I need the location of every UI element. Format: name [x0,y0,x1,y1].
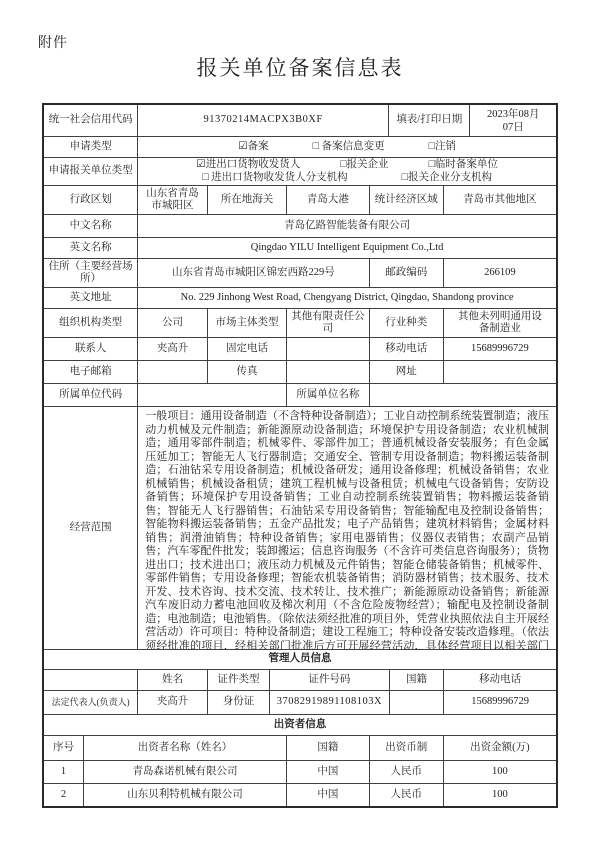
checkbox-option: □ 备案信息变更 [313,141,385,154]
print-date-label: 填表/打印日期 [389,105,470,136]
apply-type-label: 申请类型 [44,137,138,157]
checkbox-option: □注销 [429,141,456,154]
legal-rep-nationality [390,691,445,714]
investor-amount: 100 [444,761,556,783]
en-address-value: No. 229 Jinhong West Road, Chengyang Dis… [138,288,556,308]
investors-col-currency: 出资币制 [370,736,444,760]
option-label: 报关企业分支机构 [408,172,492,183]
legal-rep-idtype: 身份证 [208,691,270,714]
table-row: 经营范围 一般项目：通用设备制造（不含特种设备制造）；工业自动控制系统装置制造；… [44,407,556,650]
industry-value: 其他未列明通用设备制造业 [444,309,556,337]
credit-code-label: 统一社会信用代码 [44,105,138,136]
document-page: 附件 报关单位备案信息表 统一社会信用代码 91370214MACPX3B0XF… [0,0,600,848]
market-type-value: 其他有限责任公司 [287,309,369,337]
tel-value [287,338,369,360]
mobile-label: 移动电话 [370,338,444,360]
checkbox-option: □报关企业分支机构 [402,172,492,185]
legal-rep-idno: 37082919891108103X [270,691,389,714]
checkbox-option: □临时备案单位 [429,159,498,172]
contact-value: 夹高升 [138,338,208,360]
table-row: 申请类型 ☑备案 □ 备案信息变更 □注销 [44,137,556,158]
stat-zone-value: 青岛市其他地区 [444,186,556,214]
investor-no: 1 [44,761,84,783]
contact-label: 联系人 [44,338,138,360]
table-row: 1 青岛森诺机械有限公司 中国 人民币 100 [44,761,556,784]
table-row: 申请报关单位类型 ☑进出口货物收发货人 □报关企业 □临时备案单位 □ 进出口货… [44,158,556,186]
scope-label: 经营范围 [44,407,138,649]
parent-code-value [138,384,287,406]
unit-type-label: 申请报关单位类型 [44,158,138,185]
parent-name-value [370,384,556,406]
website-label: 网址 [370,361,444,383]
option-label: 报关企业 [347,159,389,170]
investors-section-title: 出资者信息 [44,715,556,735]
checkbox-option: □报关企业 [340,159,388,172]
tel-label: 固定电话 [208,338,287,360]
zip-label: 邮政编码 [370,259,444,287]
table-row: 法定代表人(负责人) 夹高升 身份证 37082919891108103X 15… [44,691,556,715]
zip-value: 266109 [444,259,556,287]
org-type-value: 公司 [138,309,208,337]
checkbox-option: □ 进出口货物收发货人分支机构 [202,172,347,185]
address-value: 山东省青岛市城阳区锦宏西路229号 [138,259,369,287]
industry-label: 行业种类 [370,309,444,337]
unit-type-options: ☑进出口货物收发货人 □报关企业 □临时备案单位 □ 进出口货物收发货人分支机构… [138,158,556,185]
cn-name-value: 青岛亿路智能装备有限公司 [138,215,556,237]
table-row: 出资者信息 [44,715,556,736]
page-title: 报关单位备案信息表 [0,52,600,82]
investor-amount: 100 [444,784,556,806]
investor-currency: 人民币 [370,761,444,783]
option-label: 备案信息变更 [319,141,385,152]
checkbox-option: ☑进出口货物收发货人 [196,159,300,172]
address-label: 住所（主要经营场所） [44,259,138,287]
print-date-value: 2023年08月07日 [470,105,556,136]
investors-col-amount: 出资金额(万) [444,736,556,760]
investors-col-no: 序号 [44,736,84,760]
checkbox-checked-icon: ☑ [196,159,205,170]
en-name-value: Qingdao YILU Intelligent Equipment Co.,L… [138,238,556,258]
investors-col-nationality: 国籍 [287,736,369,760]
investor-currency: 人民币 [370,784,444,806]
filing-form-table: 统一社会信用代码 91370214MACPX3B0XF 填表/打印日期 2023… [42,103,558,808]
investor-no: 2 [44,784,84,806]
fax-label: 传真 [208,361,287,383]
en-address-label: 英文地址 [44,288,138,308]
legal-rep-role: 法定代表人(负责人) [44,691,138,714]
customs-label: 所在地海关 [208,186,287,214]
mobile-value: 15689996729 [444,338,556,360]
table-row: 英文地址 No. 229 Jinhong West Road, Chengyan… [44,288,556,309]
cn-name-label: 中文名称 [44,215,138,237]
table-row: 序号 出资者名称（姓名） 国籍 出资币制 出资金额(万) [44,736,556,761]
checkbox-option: ☑备案 [238,141,268,154]
table-row: 所属单位代码 所属单位名称 [44,384,556,407]
option-label: 备案 [248,141,269,152]
table-row: 2 山东贝利特机械有限公司 中国 人民币 100 [44,784,556,806]
org-type-label: 组织机构类型 [44,309,138,337]
investor-nationality: 中国 [287,761,369,783]
table-row: 行政区划 山东省青岛市城阳区 所在地海关 青岛大港 统计经济区域 青岛市其他地区 [44,186,556,215]
scope-text: 一般项目：通用设备制造（不含特种设备制造）；工业自动控制系统装置制造；液压动力机… [141,408,553,649]
fax-value [287,361,369,383]
investor-name: 山东贝利特机械有限公司 [84,784,287,806]
table-row: 中文名称 青岛亿路智能装备有限公司 [44,215,556,238]
table-row: 联系人 夹高升 固定电话 移动电话 15689996729 [44,338,556,361]
option-label: 进出口货物收发货人分支机构 [209,172,348,183]
option-label: 注销 [435,141,456,152]
attachment-label: 附件 [38,32,68,52]
table-row: 电子邮箱 传真 网址 [44,361,556,384]
legal-rep-name: 夹高升 [138,691,208,714]
market-type-label: 市场主体类型 [208,309,287,337]
managers-section-title: 管理人员信息 [44,650,556,669]
table-row: 英文名称 Qingdao YILU Intelligent Equipment … [44,238,556,259]
table-row: 统一社会信用代码 91370214MACPX3B0XF 填表/打印日期 2023… [44,105,556,137]
stat-zone-label: 统计经济区域 [370,186,444,214]
checkbox-checked-icon: ☑ [238,141,247,152]
managers-role-header [44,670,138,690]
en-name-label: 英文名称 [44,238,138,258]
scope-value: 一般项目：通用设备制造（不含特种设备制造）；工业自动控制系统装置制造；液压动力机… [138,407,556,649]
option-label: 临时备案单位 [435,159,498,170]
email-label: 电子邮箱 [44,361,138,383]
region-value: 山东省青岛市城阳区 [138,186,208,214]
option-label: 进出口货物收发货人 [206,159,301,170]
parent-name-label: 所属单位名称 [287,384,369,406]
legal-rep-mobile: 15689996729 [444,691,556,714]
table-row: 住所（主要经营场所） 山东省青岛市城阳区锦宏西路229号 邮政编码 266109 [44,259,556,288]
apply-type-options: ☑备案 □ 备案信息变更 □注销 [138,137,556,157]
managers-col-mobile: 移动电话 [444,670,556,690]
table-row: 组织机构类型 公司 市场主体类型 其他有限责任公司 行业种类 其他未列明通用设备… [44,309,556,338]
credit-code-value: 91370214MACPX3B0XF [138,105,389,136]
region-label: 行政区划 [44,186,138,214]
customs-value: 青岛大港 [287,186,369,214]
managers-col-idno: 证件号码 [270,670,389,690]
investors-col-name: 出资者名称（姓名） [84,736,287,760]
investor-name: 青岛森诺机械有限公司 [84,761,287,783]
table-row: 姓名 证件类型 证件号码 国籍 移动电话 [44,670,556,691]
managers-col-idtype: 证件类型 [208,670,270,690]
managers-col-name: 姓名 [138,670,208,690]
table-row: 管理人员信息 [44,650,556,670]
investor-nationality: 中国 [287,784,369,806]
website-value [444,361,556,383]
email-value [138,361,208,383]
managers-col-nationality: 国籍 [390,670,445,690]
parent-code-label: 所属单位代码 [44,384,138,406]
